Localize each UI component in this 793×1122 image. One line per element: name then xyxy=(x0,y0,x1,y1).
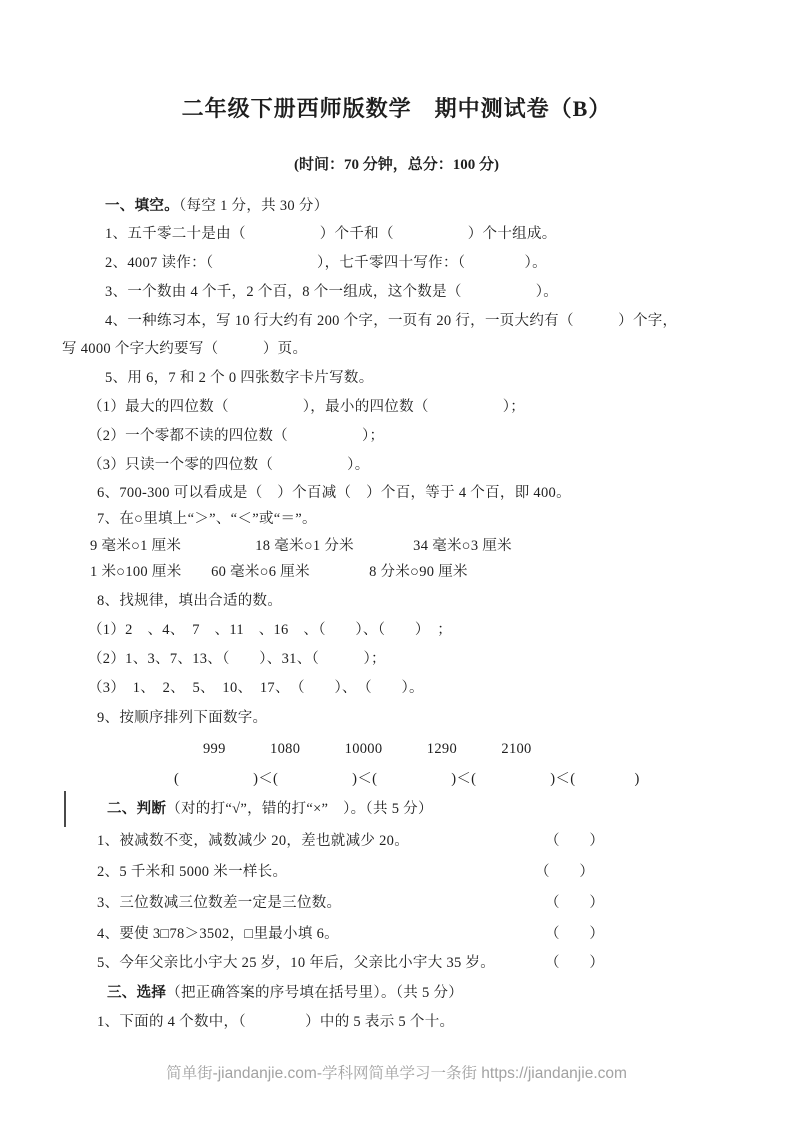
fill-q8-sub3: （3） 1、 2、 5、 10、 17、 （ ）、 （ ）。 xyxy=(88,678,424,698)
choice-q1: 1、下面的 4 个数中，（ ）中的 5 表示 5 个十。 xyxy=(97,1012,454,1032)
fill-q7: 7、在○里填上“＞”、“＜”或“＝”。 xyxy=(97,509,317,529)
section-2-heading-note: （对的打“√”，错的打“×” ）。（共 5 分） xyxy=(166,801,433,817)
site-watermark-footer: 简单街-jiandanjie.com-学科网简单学习一条街 https://ji… xyxy=(0,1061,793,1083)
left-margin-mark xyxy=(64,791,66,827)
fill-q7-compare-row1: 9 毫米○1 厘米 18 毫米○1 分米 34 毫米○3 厘米 xyxy=(90,536,512,556)
section-3-heading-note: （把正确答案的序号填在括号里）。（共 5 分） xyxy=(166,985,463,1001)
section-3-heading: 三、选择（把正确答案的序号填在括号里）。（共 5 分） xyxy=(107,983,463,1003)
fill-q5-sub2: （2）一个零都不读的四位数（ ）； xyxy=(88,426,384,446)
fill-q8-sub1: （1）2 、4、 7 、11 、16 、（ ）、（ ） ； xyxy=(88,620,452,640)
fill-q2: 2、4007 读作：（ ），七千零四十写作：（ ）。 xyxy=(105,253,547,273)
paper-title: 二年级下册西师版数学 期中测试卷（B） xyxy=(0,92,793,123)
fill-q4-line1: 4、一种练习本，写 10 行大约有 200 个字，一页有 20 行，一页大约有（… xyxy=(105,311,677,331)
section-1-heading: 一、填空。（每空 1 分，共 30 分） xyxy=(105,196,329,216)
judge-item-3-answer-blank: （ ） xyxy=(545,893,604,913)
judge-item-4-answer-blank: （ ） xyxy=(545,924,604,944)
fill-q5-sub1: （1）最大的四位数（ ），最小的四位数（ ）； xyxy=(88,397,525,417)
section-1-heading-note: （每空 1 分，共 30 分） xyxy=(179,198,329,214)
fill-q5: 5、用 6，7 和 2 个 0 四张数字卡片写数。 xyxy=(105,368,374,388)
judge-item-5-answer-blank: （ ） xyxy=(545,953,604,973)
fill-q9: 9、按顺序排列下面数字。 xyxy=(97,708,267,728)
test-paper-page: 二年级下册西师版数学 期中测试卷（B） (时间：70 分钟，总分：100 分) … xyxy=(0,0,793,1122)
section-3-heading-title: 三、选择 xyxy=(107,985,166,1001)
judge-item-5: 5、今年父亲比小宇大 25 岁，10 年后，父亲比小宇大 35 岁。 xyxy=(97,953,495,973)
judge-item-2-answer-blank: （ ） xyxy=(535,862,594,882)
fill-q8: 8、找规律，填出合适的数。 xyxy=(97,591,282,611)
section-1-heading-title: 一、填空。 xyxy=(105,198,179,214)
section-2-heading: 二、判断（对的打“√”，错的打“×” ）。（共 5 分） xyxy=(107,799,433,819)
fill-q9-number-row: 999 1080 10000 1290 2100 xyxy=(203,739,532,759)
judge-item-2: 2、5 千米和 5000 米一样长。 xyxy=(97,862,287,882)
fill-q8-sub2: （2）1、3、7、13、（ ）、31、（ ）； xyxy=(88,649,386,669)
judge-item-1-answer-blank: （ ） xyxy=(545,831,604,851)
judge-item-3: 3、三位数减三位数差一定是三位数。 xyxy=(97,893,341,913)
fill-q4-line2: 写 4000 个字大约要写（ ）页。 xyxy=(62,339,307,359)
fill-q1: 1、五千零二十是由（ ）个千和（ ）个十组成。 xyxy=(105,224,557,244)
fill-q6: 6、700-300 可以看成是（ ）个百减（ ）个百，等于 4 个百，即 400… xyxy=(97,483,571,503)
fill-q9-order-blanks: ( )＜( )＜( )＜( )＜( ) xyxy=(174,769,640,789)
fill-q3: 3、一个数由 4 个千，2 个百，8 个一组成，这个数是（ ）。 xyxy=(105,282,558,302)
fill-q5-sub3: （3）只读一个零的四位数（ ）。 xyxy=(88,455,370,475)
judge-item-4: 4、要使 3□78＞3502，□里最小填 6。 xyxy=(97,924,339,944)
paper-subtitle: (时间：70 分钟，总分：100 分) xyxy=(0,153,793,174)
judge-item-1: 1、被减数不变，减数减少 20，差也就减少 20。 xyxy=(97,831,409,851)
fill-q7-compare-row2: 1 米○100 厘米 60 毫米○6 厘米 8 分米○90 厘米 xyxy=(90,562,468,582)
section-2-heading-title: 二、判断 xyxy=(107,801,166,817)
